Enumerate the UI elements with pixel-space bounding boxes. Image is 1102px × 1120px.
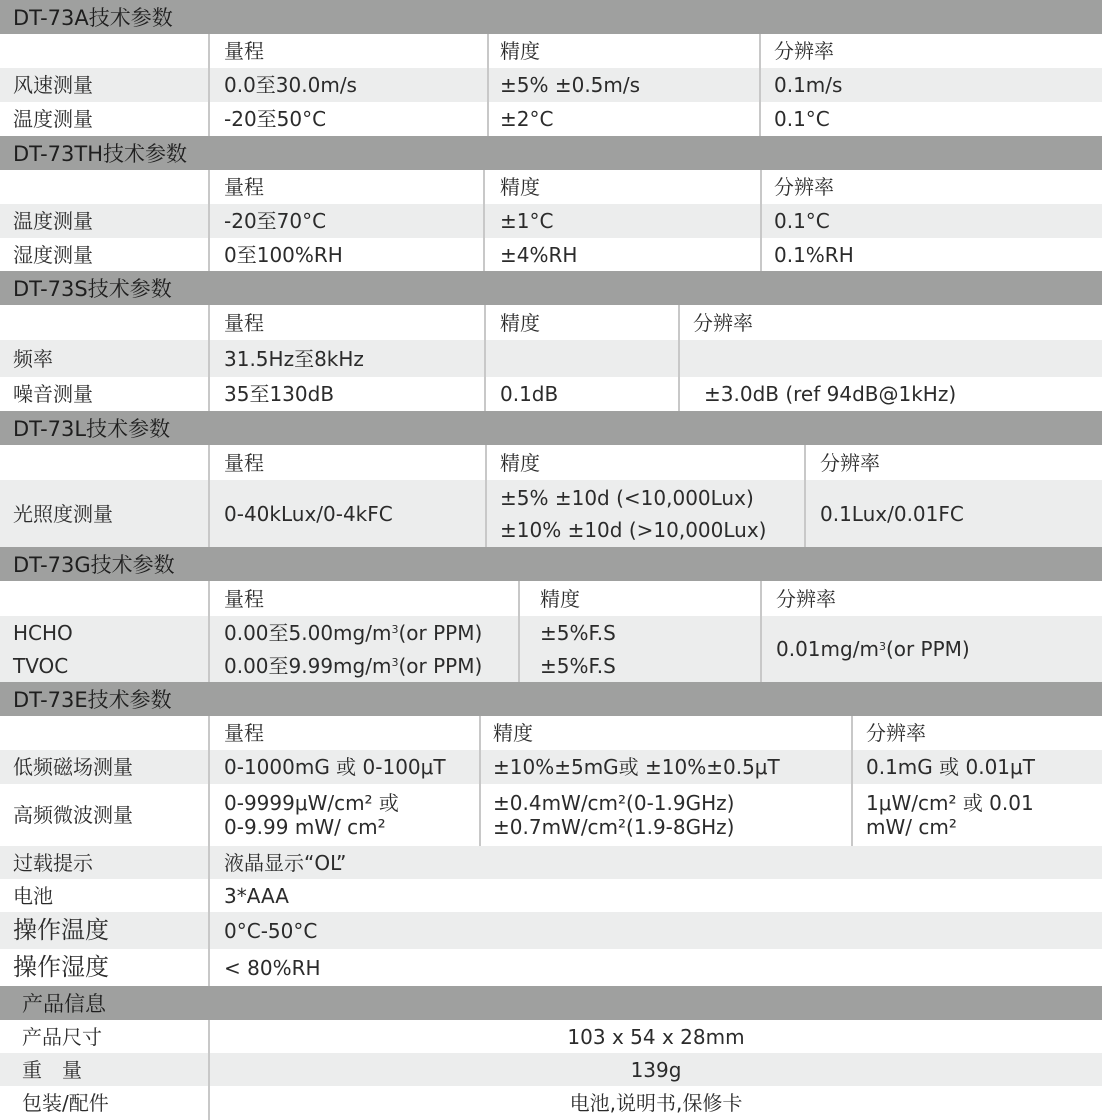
table-header-row: 量程 精度 分辨率 [0,34,1102,68]
col-header-range: 量程 [224,34,264,68]
section-title: 产品信息 [22,988,106,1018]
section-title: DT-73S技术参数 [13,273,172,303]
table-header-row: 量程 精度 分辨率 [0,170,1102,204]
col-header-resolution: 分辨率 [774,34,834,68]
range-value: 35至130dB [224,377,334,411]
row-label: 操作温度 [13,912,109,949]
column-divider [759,34,761,136]
row-label: 电池 [13,879,53,912]
table-row: 高频微波测量 0-9999μW/cm² 或 0-9.99 mW/ cm² ±0.… [0,784,1102,846]
section-title: DT-73G技术参数 [13,549,175,579]
range-suffix: (or PPM) [398,622,482,644]
accuracy-value: ±5% ±0.5m/s [500,68,640,102]
column-divider [518,581,520,682]
table-row: 温度测量 -20至70°C ±1°C 0.1°C [0,204,1102,238]
row-label: 操作湿度 [13,949,109,986]
range-value: -20至70°C [224,204,326,238]
column-divider [678,305,680,411]
section-title: DT-73TH技术参数 [13,138,187,168]
table-header-row: 量程 精度 分辨率 [0,581,1102,616]
row-value: 103 x 54 x 28mm [210,1020,1102,1053]
column-divider [479,716,481,846]
column-divider [208,305,210,411]
col-header-range: 量程 [224,581,264,616]
table-row: 操作温度 0°C-50°C [0,912,1102,949]
range-value: 0-1000mG 或 0-100μT [224,750,446,784]
section-header-dt73a: DT-73A技术参数 [0,0,1102,34]
row-value: 0°C-50°C [224,912,317,949]
section-header-dt73l: DT-73L技术参数 [0,411,1102,445]
table-row-group: HCHO TVOC 0.00至5.00mg/m3(or PPM) 0.00至9.… [0,616,1102,682]
row-label: 风速测量 [13,68,93,102]
range-value: 31.5Hz至8kHz [224,340,364,377]
table-row: 风速测量 0.0至30.0m/s ±5% ±0.5m/s 0.1m/s [0,68,1102,102]
col-header-accuracy: 精度 [500,445,540,480]
resolution-value: 0.1m/s [774,68,842,102]
superscript: 3 [391,657,398,669]
accuracy-value: 0.1dB [500,377,558,411]
col-header-range: 量程 [224,305,264,340]
accuracy-value: ±0.4mW/cm²(0-1.9GHz) ±0.7mW/cm²(1.9-8GHz… [493,784,734,846]
table-row: 光照度测量 0-40kLux/0-4kFC ±5% ±10d (<10,000L… [0,480,1102,547]
accuracy-value: ±5%F.S [540,616,616,649]
table-row: 过载提示 液晶显示“OL” [0,846,1102,879]
table-header-row: 量程 精度 分辨率 [0,305,1102,340]
col-header-resolution: 分辨率 [776,581,836,616]
resolution-value: 0.1%RH [774,238,854,271]
resolution-value: ±3.0dB (ref 94dB@1kHz) [704,377,956,411]
col-header-resolution: 分辨率 [774,170,834,204]
accuracy-value: ±10%±5mG或 ±10%±0.5μT [493,750,780,784]
row-label: TVOC [13,649,68,682]
column-divider [804,445,806,547]
accuracy-value: ±1°C [500,204,553,238]
resolution-line: mW/ cm² [866,815,957,839]
range-line: 0-9.99 mW/ cm² [224,815,386,839]
accuracy-line: ±0.4mW/cm²(0-1.9GHz) [493,791,734,815]
resolution-value: 0.1mG 或 0.01μT [866,750,1035,784]
col-header-range: 量程 [224,445,264,480]
col-header-range: 量程 [224,716,264,750]
column-divider [208,716,210,986]
column-divider [760,170,762,271]
range-value: 0-40kLux/0-4kFC [224,480,393,547]
range-value: 0.0至30.0m/s [224,68,357,102]
column-divider [487,34,489,136]
range-line: 0-9999μW/cm² 或 [224,791,399,815]
table-row: 包装/配件 电池,说明书,保修卡 [0,1086,1102,1120]
column-divider [208,170,210,271]
column-divider [484,305,486,411]
table-row: 电池 3*AAA [0,879,1102,912]
row-value: 3*AAA [224,879,289,912]
col-header-resolution: 分辨率 [820,445,880,480]
section-header-dt73s: DT-73S技术参数 [0,271,1102,305]
range-text: 0.00至5.00mg/m [224,622,391,644]
table-header-row: 量程 精度 分辨率 [0,445,1102,480]
column-divider [208,34,210,136]
table-row: 操作湿度 < 80%RH [0,949,1102,986]
accuracy-line: ±0.7mW/cm²(1.9-8GHz) [493,815,734,839]
column-divider [485,445,487,547]
row-value: 139g [210,1053,1102,1086]
col-header-resolution: 分辨率 [693,305,753,340]
row-label: 温度测量 [13,102,93,136]
accuracy-value: ±5%F.S [540,649,616,682]
row-label: 温度测量 [13,204,93,238]
accuracy-value: ±5% ±10d (<10,000Lux) ±10% ±10d (>10,000… [500,480,766,547]
accuracy-value: ±4%RH [500,238,577,271]
resolution-value: 0.01mg/m3(or PPM) [776,616,970,682]
col-header-accuracy: 精度 [500,34,540,68]
section-header-dt73th: DT-73TH技术参数 [0,136,1102,170]
section-header-dt73g: DT-73G技术参数 [0,547,1102,581]
col-header-resolution: 分辨率 [866,716,926,750]
resolution-line: 1μW/cm² 或 0.01 [866,791,1034,815]
superscript: 3 [391,624,398,636]
row-label: 湿度测量 [13,238,93,271]
column-divider [851,716,853,846]
row-value: 电池,说明书,保修卡 [210,1086,1102,1120]
resolution-value: 1μW/cm² 或 0.01 mW/ cm² [866,784,1034,846]
resolution-value: 0.1°C [774,204,830,238]
resolution-value: 0.1°C [774,102,830,136]
row-label: 过载提示 [13,846,93,879]
row-label: 低频磁场测量 [13,750,133,784]
resolution-suffix: (or PPM) [886,638,970,660]
row-label: 重 量 [22,1053,82,1086]
table-row: 湿度测量 0至100%RH ±4%RH 0.1%RH [0,238,1102,271]
table-header-row: 量程 精度 分辨率 [0,716,1102,750]
range-value: 0-9999μW/cm² 或 0-9.99 mW/ cm² [224,784,399,846]
row-label: 产品尺寸 [22,1020,102,1053]
table-row: 重 量 139g [0,1053,1102,1086]
row-value: 液晶显示“OL” [224,846,346,879]
accuracy-line: ±5% ±10d (<10,000Lux) [500,482,754,514]
resolution-text: 0.01mg/m [776,638,879,660]
range-value: 0.00至5.00mg/m3(or PPM) [224,616,482,649]
section-header-dt73e: DT-73E技术参数 [0,682,1102,716]
range-value: -20至50°C [224,102,326,136]
col-header-accuracy: 精度 [493,716,533,750]
table-row: 频率 31.5Hz至8kHz [0,340,1102,377]
table-row: 产品尺寸 103 x 54 x 28mm [0,1020,1102,1053]
row-label: HCHO [13,616,73,649]
row-label: 频率 [13,340,53,377]
col-header-accuracy: 精度 [540,581,580,616]
resolution-value: 0.1Lux/0.01FC [820,480,964,547]
superscript: 3 [879,641,886,653]
row-label: 噪音测量 [13,377,93,411]
col-header-accuracy: 精度 [500,170,540,204]
section-title: DT-73A技术参数 [13,2,173,32]
row-label: 光照度测量 [13,480,113,547]
col-header-accuracy: 精度 [500,305,540,340]
column-divider [208,581,210,682]
row-label: 高频微波测量 [13,784,133,846]
range-text: 0.00至9.99mg/m [224,655,391,677]
table-row: 温度测量 -20至50°C ±2°C 0.1°C [0,102,1102,136]
column-divider [208,1020,210,1120]
range-value: 0.00至9.99mg/m3(or PPM) [224,649,482,682]
column-divider [760,581,762,682]
table-row: 低频磁场测量 0-1000mG 或 0-100μT ±10%±5mG或 ±10%… [0,750,1102,784]
row-label: 包装/配件 [22,1086,109,1120]
range-value: 0至100%RH [224,238,343,271]
range-suffix: (or PPM) [398,655,482,677]
accuracy-line: ±10% ±10d (>10,000Lux) [500,514,766,546]
section-title: DT-73L技术参数 [13,413,170,443]
section-header-product-info: 产品信息 [0,986,1102,1020]
col-header-range: 量程 [224,170,264,204]
row-value: < 80%RH [224,949,321,986]
table-row: 噪音测量 35至130dB 0.1dB ±3.0dB (ref 94dB@1kH… [0,377,1102,411]
column-divider [208,445,210,547]
accuracy-value: ±2°C [500,102,553,136]
column-divider [483,170,485,271]
section-title: DT-73E技术参数 [13,684,172,714]
